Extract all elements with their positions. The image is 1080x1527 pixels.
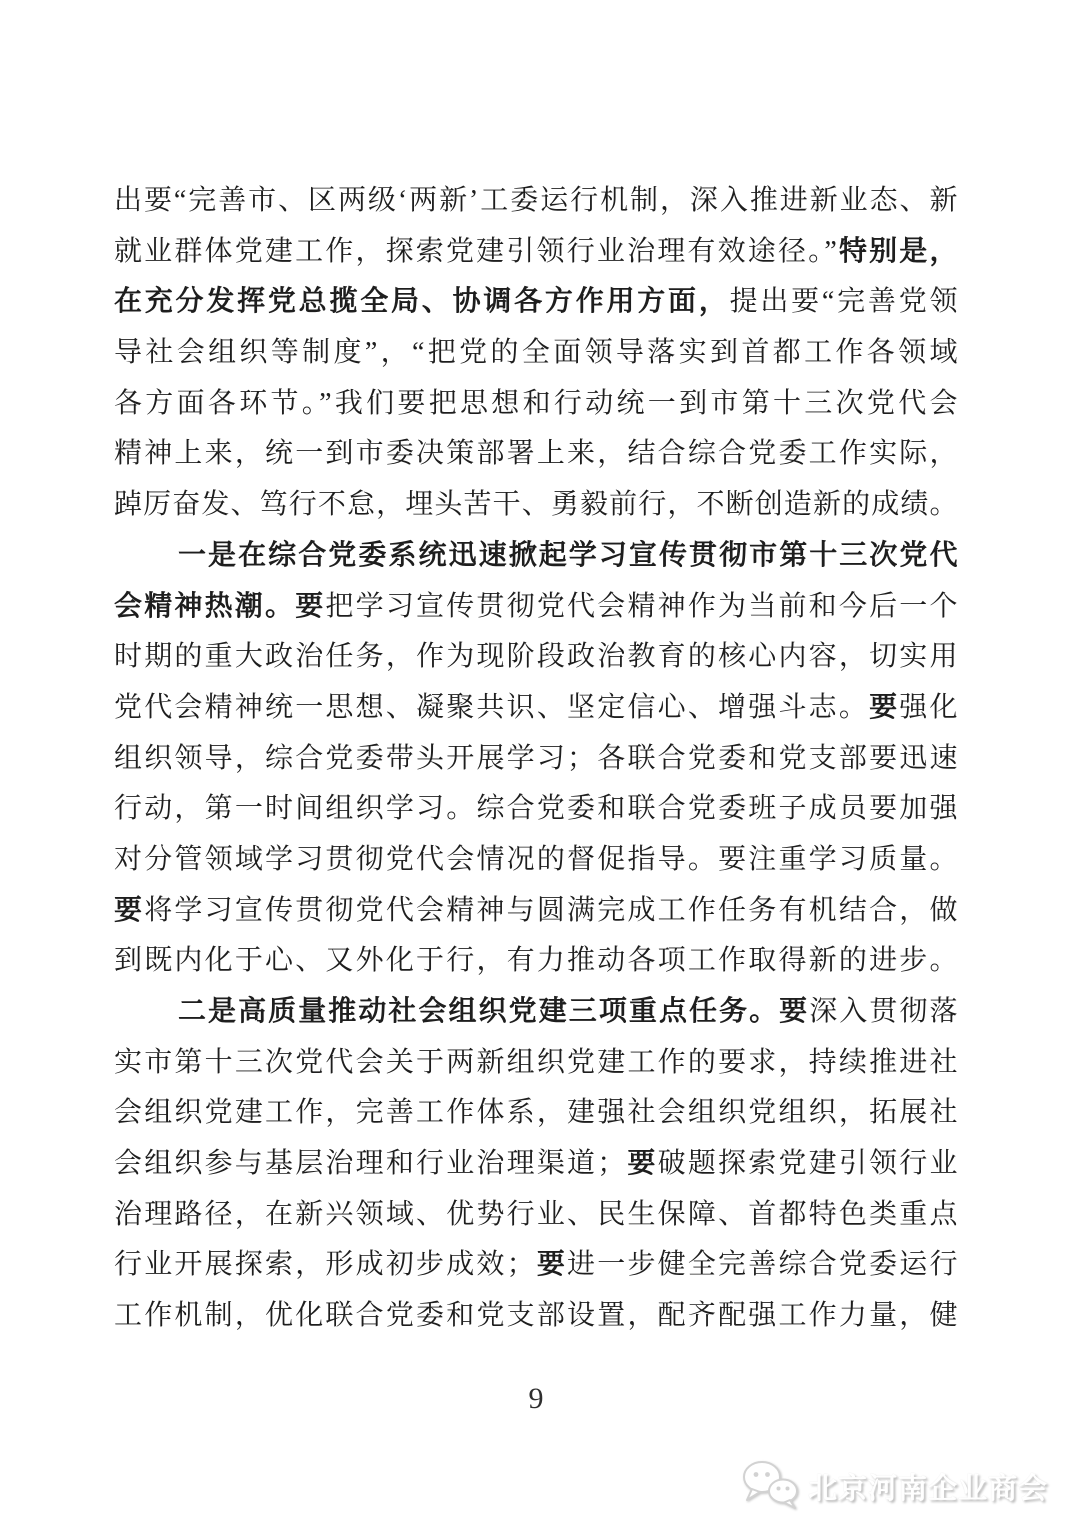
bold-text-run: 要 [535, 1249, 567, 1280]
text-run: 深入贯彻落 [809, 996, 958, 1027]
text-line: 对分管领域学习贯彻党代会情况的督促指导。要注重学习质量。 [114, 835, 958, 886]
text-run: 会组织参与基层治理和行业治理渠道； [114, 1148, 626, 1179]
text-run: 踔厉奋发、笃行不怠，埋头苦干、勇毅前行，不断创造新的成绩。 [114, 489, 958, 520]
text-run: 对分管领域学习贯彻党代会情况的督促指导。要注重学习质量。 [114, 844, 958, 875]
text-line: 工作机制，优化联合党委和党支部设置，配齐配强工作力量，健 [114, 1291, 958, 1342]
text-run: 到既内化于心、又外化于行，有力推动各项工作取得新的进步。 [114, 945, 958, 976]
text-run: 进一步健全完善综合党委运行 [567, 1249, 958, 1280]
text-run: 各方面各环节。”我们要把思想和行动统一到市第十三次党代会 [114, 388, 958, 419]
text-run: 实市第十三次党代会关于两新组织党建工作的要求，持续推进社 [114, 1047, 958, 1078]
text-line: 行动，第一时间组织学习。综合党委和联合党委班子成员要加强 [114, 784, 958, 835]
text-line: 要将学习宣传贯彻党代会精神与圆满完成工作任务有机结合，做 [114, 886, 958, 937]
text-run: 将学习宣传贯彻党代会精神与圆满完成工作任务有机结合，做 [144, 895, 958, 926]
bold-text-run: 要 [869, 692, 899, 723]
text-line: 一是在综合党委系统迅速掀起学习宣传贯彻市第十三次党代 [114, 531, 958, 582]
text-line: 行业开展探索，形成初步成效；要进一步健全完善综合党委运行 [114, 1240, 958, 1291]
bold-text-run: 二是高质量推动社会组织党建三项重点任务。要 [178, 996, 809, 1027]
bold-text-run: 要 [114, 895, 144, 926]
text-line: 精神上来，统一到市委决策部署上来，结合综合党委工作实际， [114, 429, 958, 480]
text-line: 时期的重大政治任务，作为现阶段政治教育的核心内容，切实用 [114, 632, 958, 683]
text-line: 会组织党建工作，完善工作体系，建强社会组织党组织，拓展社 [114, 1088, 958, 1139]
text-line: 组织领导，综合党委带头开展学习；各联合党委和党支部要迅速 [114, 734, 958, 785]
text-line: 就业群体党建工作，探索党建引领行业治理有效途径。”特别是， [114, 227, 958, 278]
text-line: 治理路径，在新兴领域、优势行业、民生保障、首都特色类重点 [114, 1190, 958, 1241]
text-run: 行业开展探索，形成初步成效； [114, 1249, 535, 1280]
text-run: 出要“完善市、区两级‘两新’工委运行机制，深入推进新业态、新 [114, 185, 958, 216]
text-run: 组织领导，综合党委带头开展学习；各联合党委和党支部要迅速 [114, 743, 958, 774]
document-body: 出要“完善市、区两级‘两新’工委运行机制，深入推进新业态、新就业群体党建工作，探… [114, 176, 958, 1342]
document-page: 出要“完善市、区两级‘两新’工委运行机制，深入推进新业态、新就业群体党建工作，探… [0, 0, 1080, 1527]
text-line: 踔厉奋发、笃行不怠，埋头苦干、勇毅前行，不断创造新的成绩。 [114, 480, 958, 531]
bold-text-run: 一是在综合党委系统迅速掀起学习宣传贯彻市第十三次党代 [178, 540, 958, 571]
text-run: 治理路径，在新兴领域、优势行业、民生保障、首都特色类重点 [114, 1199, 958, 1230]
text-line: 实市第十三次党代会关于两新组织党建工作的要求，持续推进社 [114, 1038, 958, 1089]
bold-text-run: 特别是， [837, 236, 958, 267]
text-run: 强化 [899, 692, 958, 723]
text-line: 出要“完善市、区两级‘两新’工委运行机制，深入推进新业态、新 [114, 176, 958, 227]
wechat-icon [740, 1458, 800, 1515]
text-run: 行动，第一时间组织学习。综合党委和联合党委班子成员要加强 [114, 793, 958, 824]
text-line: 会组织参与基层治理和行业治理渠道；要破题探索党建引领行业 [114, 1139, 958, 1190]
text-line: 到既内化于心、又外化于行，有力推动各项工作取得新的进步。 [114, 936, 958, 987]
bold-text-run: 要 [626, 1148, 658, 1179]
page-number: 9 [0, 1382, 1072, 1416]
bold-text-run: 在充分发挥党总揽全局、协调各方作用方面， [114, 286, 730, 317]
text-line: 二是高质量推动社会组织党建三项重点任务。要深入贯彻落 [114, 987, 958, 1038]
text-run: 把学习宣传贯彻党代会精神作为当前和今后一个 [325, 591, 958, 622]
text-run: 导社会组织等制度”，“把党的全面领导落实到首都工作各领域 [114, 337, 958, 368]
text-run: 工作机制，优化联合党委和党支部设置，配齐配强工作力量，健 [114, 1300, 958, 1331]
text-line: 各方面各环节。”我们要把思想和行动统一到市第十三次党代会 [114, 379, 958, 430]
text-run: 时期的重大政治任务，作为现阶段政治教育的核心内容，切实用 [114, 641, 958, 672]
text-run: 就业群体党建工作，探索党建引领行业治理有效途径。” [114, 236, 837, 267]
text-line: 党代会精神统一思想、凝聚共识、坚定信心、增强斗志。要强化 [114, 683, 958, 734]
text-run: 提出要“完善党领 [730, 286, 958, 317]
text-run: 精神上来，统一到市委决策部署上来，结合综合党委工作实际， [114, 438, 958, 469]
footer-watermark: 北京河南企业商会 [740, 1458, 1048, 1514]
text-line: 会精神热潮。要把学习宣传贯彻党代会精神作为当前和今后一个 [114, 582, 958, 633]
text-run: 破题探索党建引领行业 [658, 1148, 958, 1179]
text-line: 在充分发挥党总揽全局、协调各方作用方面，提出要“完善党领 [114, 277, 958, 328]
text-run: 党代会精神统一思想、凝聚共识、坚定信心、增强斗志。 [114, 692, 869, 723]
text-line: 导社会组织等制度”，“把党的全面领导落实到首都工作各领域 [114, 328, 958, 379]
bold-text-run: 会精神热潮。要 [114, 591, 325, 622]
footer-brand-label: 北京河南企业商会 [808, 1466, 1048, 1507]
text-run: 会组织党建工作，完善工作体系，建强社会组织党组织，拓展社 [114, 1097, 958, 1128]
